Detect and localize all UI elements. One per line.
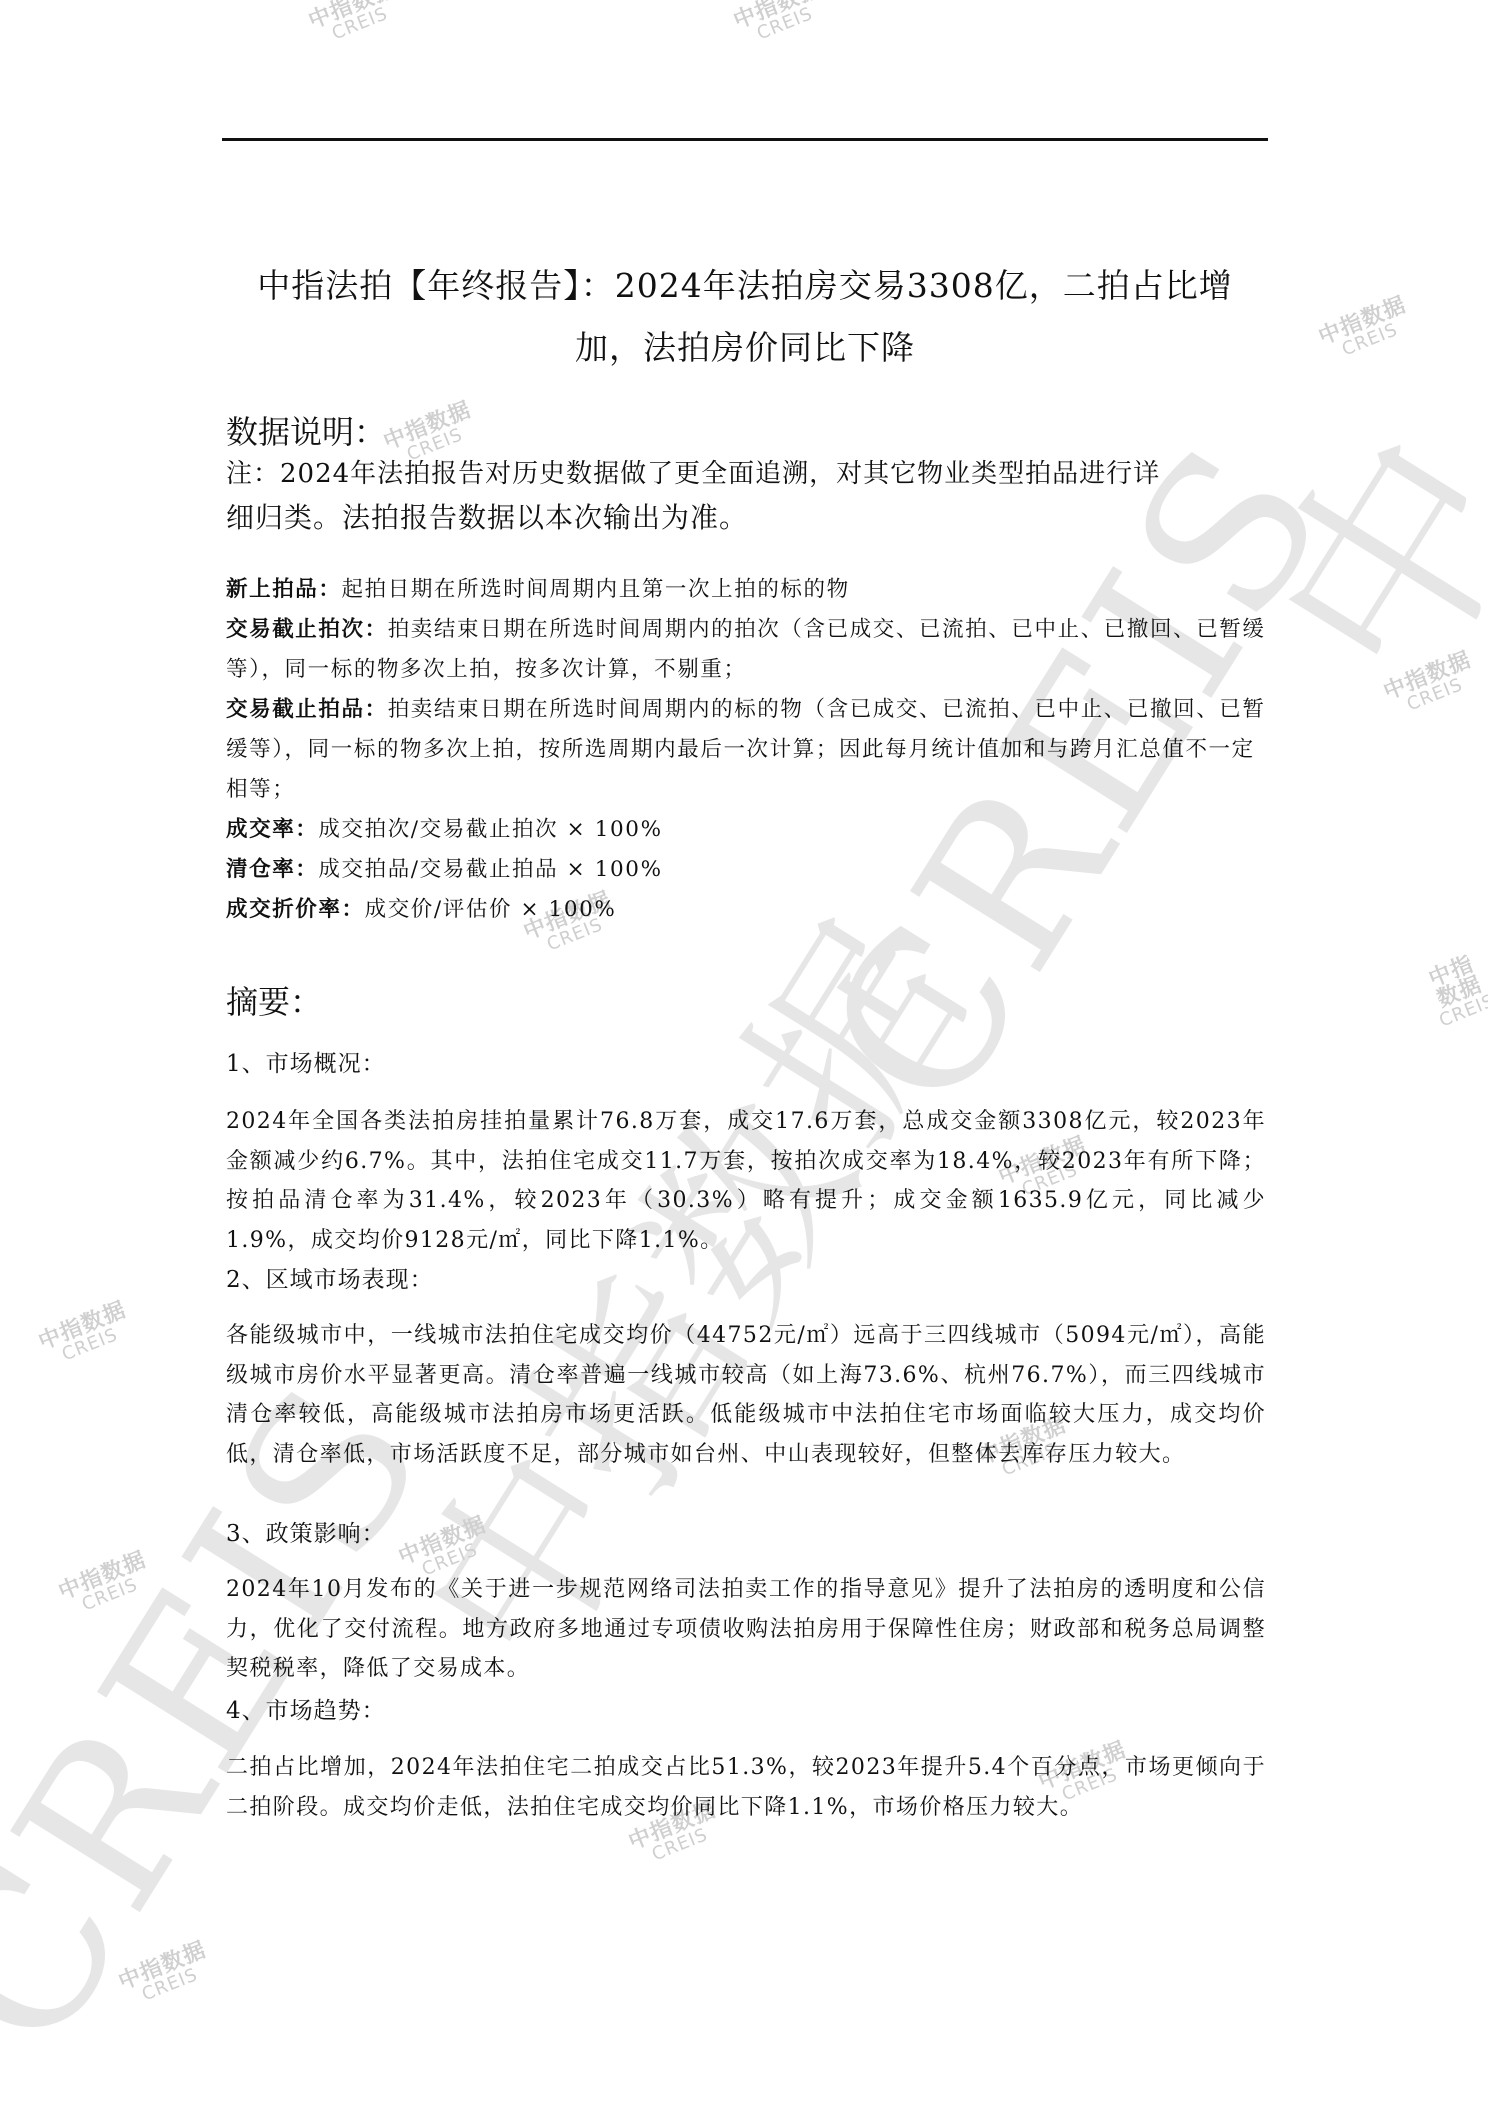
data-note-line-2: 细归类。法拍报告数据以本次输出为准。 xyxy=(226,496,1266,540)
summary-heading: 摘要： xyxy=(226,982,322,1022)
summary-section-heading: 3、政策影响： xyxy=(226,1518,386,1550)
summary-section-heading: 2、区域市场表现： xyxy=(226,1264,434,1296)
definition-item: 清仓率：成交拍品/交易截止拍品 × 100% xyxy=(226,850,1266,890)
header-rule xyxy=(222,138,1268,141)
summary-section-heading: 1、市场概况： xyxy=(226,1048,386,1080)
document-page: 中指法拍【年终报告】：2024年法拍房交易3308亿，二拍占比增 加，法拍房价同… xyxy=(0,0,1488,2104)
definition-item: 成交率：成交拍次/交易截止拍次 × 100% xyxy=(226,810,1266,850)
page-title: 中指法拍【年终报告】：2024年法拍房交易3308亿，二拍占比增 加，法拍房价同… xyxy=(222,255,1268,379)
definition-item: 交易截止拍次：拍卖结束日期在所选时间周期内的拍次（含已成交、已流拍、已中止、已撤… xyxy=(226,610,1266,690)
summary-section-heading: 4、市场趋势： xyxy=(226,1695,386,1727)
summary-section-body: 2024年全国各类法拍房挂拍量累计76.8万套，成交17.6万套，总成交金额33… xyxy=(226,1102,1266,1260)
summary-section-body: 2024年10月发布的《关于进一步规范网络司法拍卖工作的指导意见》提升了法拍房的… xyxy=(226,1570,1266,1689)
title-line-2: 加，法拍房价同比下降 xyxy=(222,317,1268,379)
definition-item: 交易截止拍品：拍卖结束日期在所选时间周期内的标的物（含已成交、已流拍、已中止、已… xyxy=(226,690,1266,810)
title-line-1: 中指法拍【年终报告】：2024年法拍房交易3308亿，二拍占比增 xyxy=(222,255,1268,317)
summary-section-body: 各能级城市中，一线城市法拍住宅成交均价（44752元/㎡）远高于三四线城市（50… xyxy=(226,1316,1266,1474)
data-note-heading: 数据说明： xyxy=(226,412,386,452)
data-note-line-1: 注：2024年法拍报告对历史数据做了更全面追溯，对其它物业类型拍品进行详 xyxy=(226,452,1266,496)
summary-section-body: 二拍占比增加，2024年法拍住宅二拍成交占比51.3%，较2023年提升5.4个… xyxy=(226,1748,1266,1827)
definition-item: 新上拍品：起拍日期在所选时间周期内且第一次上拍的标的物 xyxy=(226,570,1266,610)
definition-item: 成交折价率：成交价/评估价 × 100% xyxy=(226,890,1266,930)
definitions-list: 新上拍品：起拍日期在所选时间周期内且第一次上拍的标的物 交易截止拍次：拍卖结束日… xyxy=(226,570,1266,930)
